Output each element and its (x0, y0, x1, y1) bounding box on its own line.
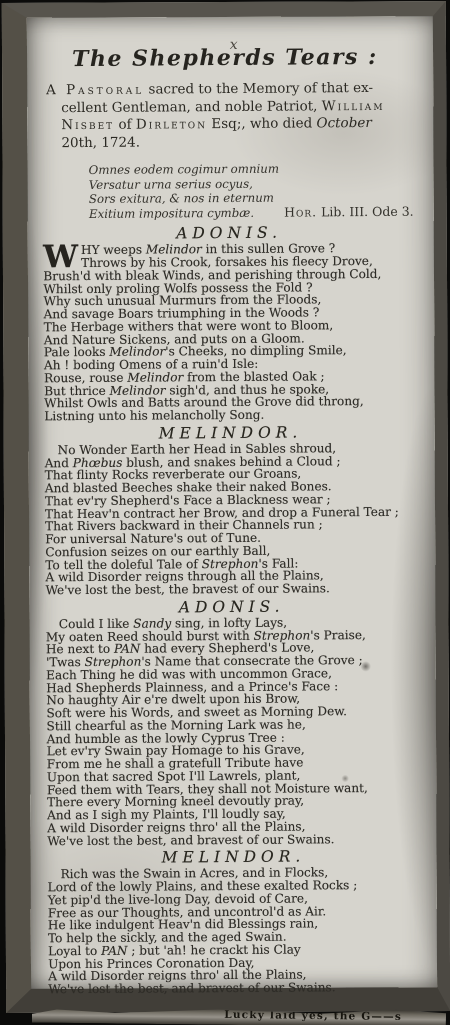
subtitle-text: Esq;, who died (207, 115, 317, 132)
subtitle-name-nisbet: Nisbet (61, 117, 114, 133)
epigraph-attribution-author: Hor. (284, 204, 317, 219)
drop-cap: W (43, 244, 81, 269)
subtitle-name-william: William (322, 97, 385, 113)
epigraph-attribution-ref: Lib. III. Ode 3. (317, 203, 414, 219)
poem-line: We've lost the best, the bravest of our … (46, 582, 418, 597)
subtitle-pastoral: A Pastoral (46, 82, 144, 99)
page-content: x The Shepherds Tears : A Pastoral sacre… (36, 30, 421, 996)
subtitle-text: cellent Gentleman, and noble Patriot, (61, 98, 322, 116)
handwritten-x-mark: x (230, 37, 238, 53)
poem-opening: WHY weeps Melindor in this sullen Grove … (43, 242, 415, 270)
subtitle-date-october: October (316, 115, 371, 131)
subtitle-text: sacred to the Memory of that ex- (144, 80, 373, 98)
subtitle-line: Nisbet of Dirleton Esq;, who died Octobe… (46, 115, 408, 135)
subtitle-text: of (114, 117, 136, 133)
page-title: The Shepherds Tears : (36, 44, 414, 73)
broadside-paper: x The Shepherds Tears : A Pastoral sacre… (27, 16, 437, 989)
epigraph-text: Exitium impositura cymbæ. (89, 206, 254, 221)
page-frame: x The Shepherds Tears : A Pastoral sacre… (2, 1, 450, 1013)
poem-speaker-heading: ADONIS. (46, 598, 418, 617)
epigraph-line: Exitium impositura cymbæ.Hor. Lib. III. … (89, 204, 415, 221)
poem-speaker-heading: ADONIS. (43, 224, 415, 243)
poem-speaker-heading: MELINDOR. (44, 424, 416, 443)
subtitle-text: 20th, 1724. (61, 134, 140, 151)
subtitle: A Pastoral sacred to the Memory of that … (46, 80, 408, 153)
epigraph-attribution: Hor. Lib. III. Ode 3. (284, 203, 414, 219)
poem-line: We've lost the best, and bravest of our … (48, 981, 420, 996)
poem-speaker-heading: MELINDOR. (47, 848, 419, 867)
subtitle-line: 20th, 1724. (46, 132, 408, 152)
poem-line: Listning unto his melancholly Song. (44, 408, 416, 423)
subtitle-name-dirleton: Dirleton (136, 116, 207, 132)
poem-line: We've lost the best, and bravest of our … (47, 832, 419, 847)
latin-epigraph: Omnes eodem cogimur omnium Versatur urna… (89, 161, 415, 222)
poem-body: ADONIS.WHY weeps Melindor in this sullen… (43, 224, 420, 996)
